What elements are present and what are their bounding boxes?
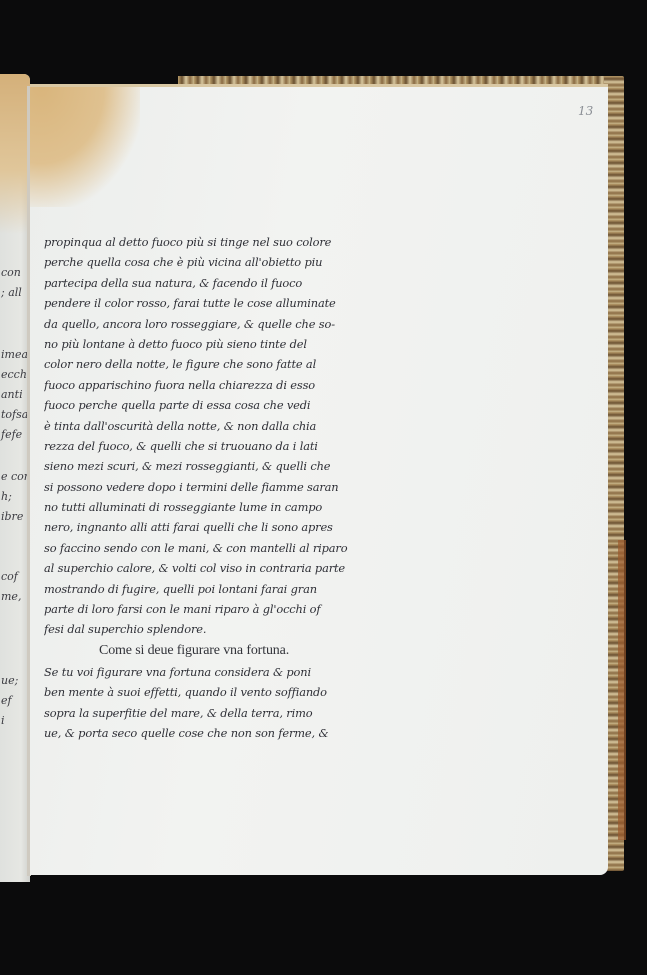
text-line: partecipa della sua natura, & facendo il… <box>44 273 389 293</box>
left-page-edge: con ; all imea ecchi anti tofsa fefe e c… <box>0 74 30 882</box>
text-line: al superchio calore, & volti col viso in… <box>44 558 389 578</box>
text-line: è tinta dall'oscurità della notte, & non… <box>44 416 389 436</box>
folio-number: 13 <box>578 104 593 118</box>
left-margin-fragment: cof <box>1 570 18 583</box>
left-margin-fragment: anti <box>1 388 23 401</box>
text-line: ue, & porta seco quelle cose che non son… <box>44 723 389 743</box>
decorative-border-top <box>178 76 608 84</box>
left-margin-fragment: ue; <box>1 674 18 687</box>
text-line: pendere il color rosso, farai tutte le c… <box>44 293 389 313</box>
left-margin-fragment: con <box>1 266 21 279</box>
text-line: sopra la superfitie del mare, & della te… <box>44 703 389 723</box>
water-stain-left <box>0 74 30 234</box>
text-line: fesi dal superchio splendore. <box>44 619 389 639</box>
left-margin-fragment: imea <box>1 348 28 361</box>
text-line: no più lontane à detto fuoco più sieno t… <box>44 334 389 354</box>
left-margin-fragment: ef <box>1 694 12 707</box>
border-stain <box>618 540 626 840</box>
text-line: propinqua al detto fuoco più si tinge ne… <box>44 232 389 252</box>
text-line: no tutti alluminati di rosseggiante lume… <box>44 497 389 517</box>
text-line: ben mente à suoi effetti, quando il vent… <box>44 682 389 702</box>
left-margin-fragment: ecchi <box>1 368 30 381</box>
paragraph-2: Se tu voi figurare vna fortuna considera… <box>44 662 389 744</box>
paragraph-1: propinqua al detto fuoco più si tinge ne… <box>44 232 389 640</box>
text-line: perche quella cosa che è più vicina all'… <box>44 252 389 272</box>
left-margin-fragment: ibre <box>1 510 23 523</box>
left-margin-fragment: i <box>1 714 5 727</box>
text-line: fuoco perche quella parte di essa cosa c… <box>44 395 389 415</box>
left-margin-fragment: fefe <box>1 428 22 441</box>
text-line: fuoco apparischino fuora nella chiarezza… <box>44 375 389 395</box>
manuscript-text: propinqua al detto fuoco più si tinge ne… <box>44 232 389 743</box>
text-line: sieno mezi scuri, & mezi rosseggianti, &… <box>44 456 389 476</box>
text-line: rezza del fuoco, & quelli che si truouan… <box>44 436 389 456</box>
left-margin-fragment: ; all <box>1 286 22 299</box>
text-line: da quello, ancora loro rosseggiare, & qu… <box>44 314 389 334</box>
text-line: nero, ingnanto alli atti farai quelli ch… <box>44 517 389 537</box>
left-margin-fragment: tofsa <box>1 408 28 421</box>
left-margin-fragment: e con <box>1 470 30 483</box>
water-stain-corner <box>30 87 140 207</box>
section-heading: Come si deue figurare vna fortuna. <box>44 640 389 662</box>
text-line: parte di loro farsi con le mani riparo à… <box>44 599 389 619</box>
text-line: Se tu voi figurare vna fortuna considera… <box>44 662 389 682</box>
text-line: si possono vedere dopo i termini delle f… <box>44 477 389 497</box>
text-line: so faccino sendo con le mani, & con mant… <box>44 538 389 558</box>
left-margin-fragment: h; <box>1 490 12 503</box>
text-line: color nero della notte, le figure che so… <box>44 354 389 374</box>
left-margin-fragment: me, <box>1 590 21 603</box>
text-line: mostrando di fugire, quelli poi lontani … <box>44 579 389 599</box>
